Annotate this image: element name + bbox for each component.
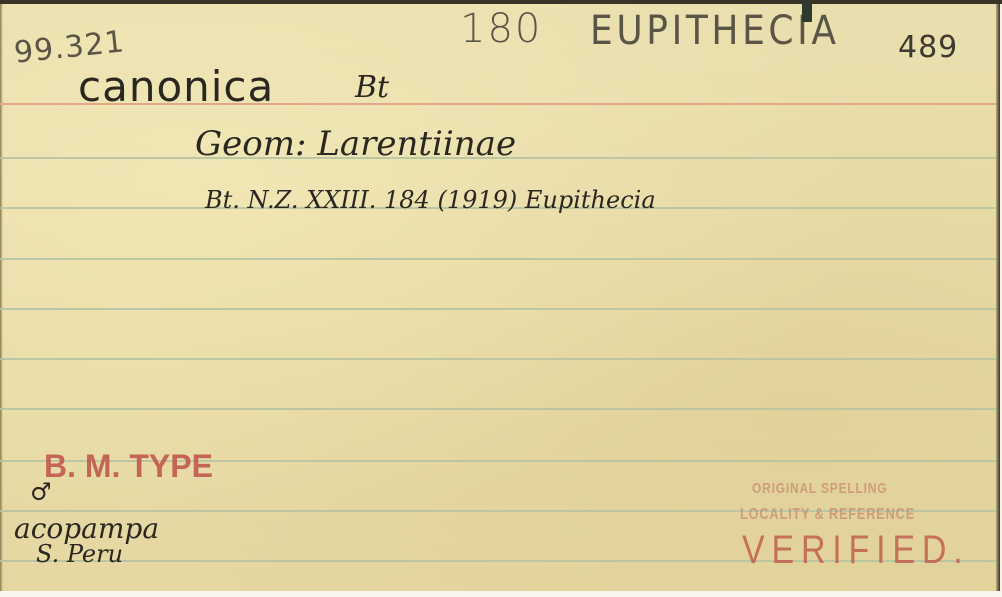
- verification-stamp-line1: ORIGINAL SPELLING: [752, 480, 887, 497]
- card-right-edge: [996, 0, 1000, 591]
- page-number: 489: [898, 30, 958, 65]
- scan-bottom-margin: [0, 591, 1002, 597]
- green-rule: [0, 408, 1000, 410]
- green-rule: [0, 308, 1000, 310]
- card-top-edge: [0, 0, 1002, 4]
- green-rule: [0, 358, 1000, 360]
- type-locality-region: S. Peru: [36, 540, 123, 568]
- sex-symbol: ♂: [30, 478, 52, 506]
- clip-mark: [802, 0, 812, 22]
- catalogue-number: 180: [460, 6, 542, 52]
- author-abbrev: Bt: [355, 70, 389, 105]
- classification: Geom: Larentiinae: [195, 124, 516, 164]
- species-name: canonica: [78, 62, 274, 111]
- reference-citation: Bt. N.Z. XXIII. 184 (1919) Eupithecia: [205, 186, 656, 214]
- index-card: 99.321 180 EUPITHECIA 489 canonica Bt Ge…: [0, 0, 1000, 591]
- green-rule: [0, 258, 1000, 260]
- verification-stamp-verified: VERIFIED.: [742, 528, 969, 573]
- card-left-edge: [0, 0, 3, 591]
- verification-stamp-line2: LOCALITY & REFERENCE: [740, 506, 915, 524]
- type-stamp: B. M. TYPE: [44, 448, 213, 485]
